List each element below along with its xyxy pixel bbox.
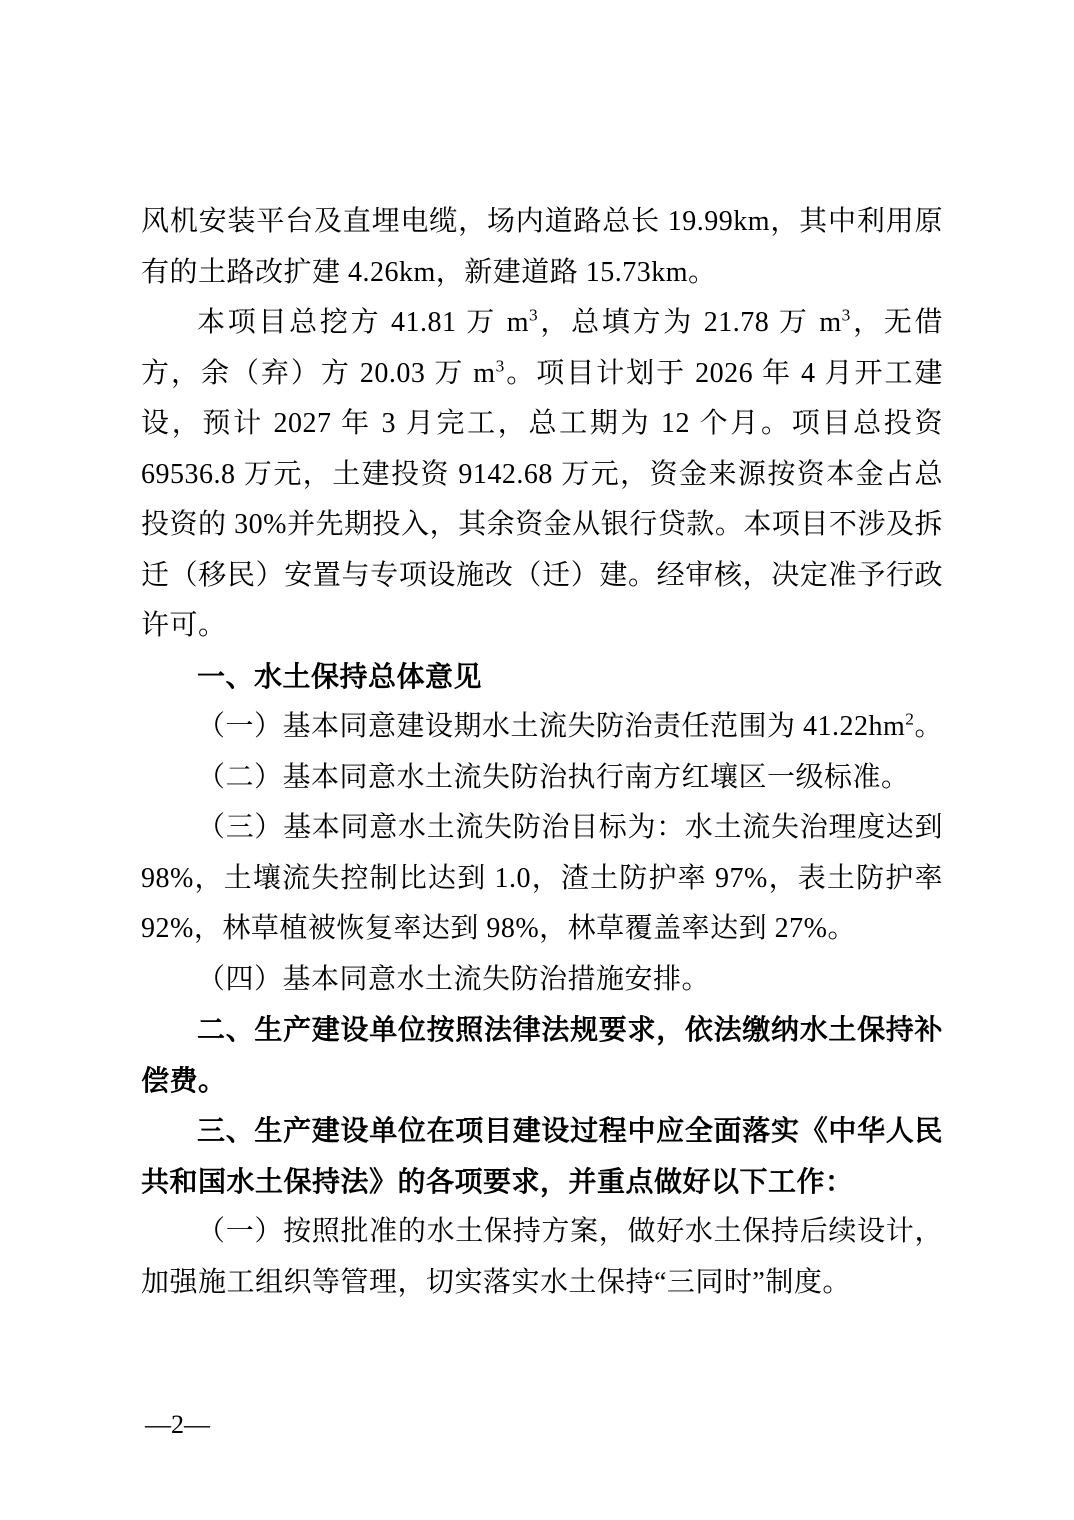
body-paragraph: 风机安装平台及直埋电缆，场内道路总长 19.99km，其中利用原有的土路改扩建 … (141, 197, 943, 298)
body-paragraph: （二）基本同意水土流失防治执行南方红壤区一级标准。 (141, 753, 943, 804)
section-heading: 三、生产建设单位在项目建设过程中应全面落实《中华人民共和国水土保持法》的各项要求… (141, 1106, 943, 1207)
body-paragraph: 本项目总挖方 41.81 万 m3，总填方为 21.78 万 m3，无借方，余（… (141, 298, 943, 652)
section-heading: 一、水土保持总体意见 (141, 652, 943, 703)
body-paragraph: （三）基本同意水土流失防治目标为：水土流失治理度达到 98%，土壤流失控制比达到… (141, 803, 943, 955)
page-number: —2— (145, 1408, 210, 1442)
document-body: 风机安装平台及直埋电缆，场内道路总长 19.99km，其中利用原有的土路改扩建 … (141, 197, 943, 1308)
body-paragraph: （一）按照批准的水土保持方案，做好水土保持后续设计，加强施工组织等管理，切实落实… (141, 1207, 943, 1308)
body-paragraph: （四）基本同意水土流失防治措施安排。 (141, 955, 943, 1006)
body-paragraph: （一）基本同意建设期水土流失防治责任范围为 41.22hm2。 (141, 702, 943, 753)
section-heading: 二、生产建设单位按照法律法规要求，依法缴纳水土保持补偿费。 (141, 1005, 943, 1106)
document-page: 风机安装平台及直埋电缆，场内道路总长 19.99km，其中利用原有的土路改扩建 … (0, 0, 1074, 1520)
